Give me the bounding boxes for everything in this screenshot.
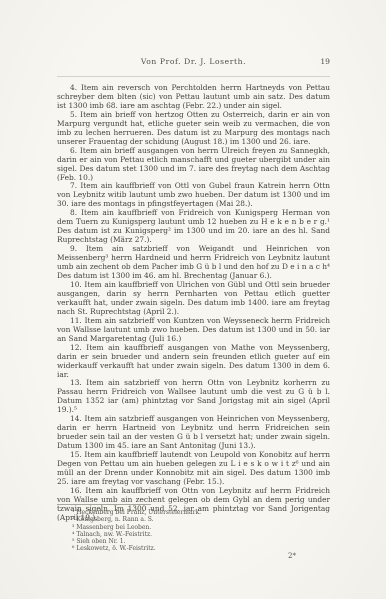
footnote-rule xyxy=(57,504,151,505)
footnote-line: ¹ Heckenberg bei Franz, Untersteiermark. xyxy=(72,509,312,516)
entry-paragraph: 10. Item ain kauffbrieff von Ulrichen vo… xyxy=(57,281,330,317)
entry-paragraph: 14. Item ain satzbrieff ausgangen von He… xyxy=(57,415,330,451)
entry-paragraph: 15. Item ain kauffbrieff lautendt von Le… xyxy=(57,451,330,487)
footnote-line: ⁵ Sieh oben Nr. 1. xyxy=(72,538,312,545)
register-entries: 4. Item ain reversch von Perchtolden her… xyxy=(57,84,330,523)
footnote-line: ⁶ Leskowetz, ö. W.-Feistritz. xyxy=(72,545,312,552)
scanned-book-page: Von Prof. Dr. J. Loserth. 19 4. Item ain… xyxy=(0,0,386,599)
header-rule xyxy=(57,76,330,77)
entry-paragraph: 11. Item ain satzbrieff von Kuntzen von … xyxy=(57,317,330,344)
page-number: 19 xyxy=(320,57,330,66)
entry-paragraph: 7. Item ain kauffbrieff von Ottl von Gub… xyxy=(57,182,330,209)
entry-paragraph: 8. Item ain kauffbrieff von Fridreich vo… xyxy=(57,209,330,245)
entry-paragraph: 4. Item ain reversch von Perchtolden her… xyxy=(57,84,330,111)
entry-paragraph: 5. Item ain brieff von hertzog Otten zu … xyxy=(57,111,330,147)
entry-paragraph: 13. Item ain satzbrieff von herrn Ottn v… xyxy=(57,379,330,415)
entry-paragraph: 9. Item ain satzbrieff von Weigandt und … xyxy=(57,245,330,281)
signature-mark: 2* xyxy=(288,552,296,560)
entry-paragraph: 6. Item ain brieff ausgangen von herrn U… xyxy=(57,147,330,183)
running-header: Von Prof. Dr. J. Loserth. xyxy=(57,57,330,66)
footnotes: ¹ Heckenberg bei Franz, Untersteiermark.… xyxy=(72,509,312,553)
entry-paragraph: 12. Item ain kauffbrieff ausgangen von M… xyxy=(57,344,330,380)
footnote-line: ³ Massenberg bei Leoben. xyxy=(72,524,312,531)
footnote-line: ² Königsberg, n. Rann a. S. xyxy=(72,516,312,523)
footnote-line: ⁴ Talnach, nw. W.-Feistritz. xyxy=(72,531,312,538)
